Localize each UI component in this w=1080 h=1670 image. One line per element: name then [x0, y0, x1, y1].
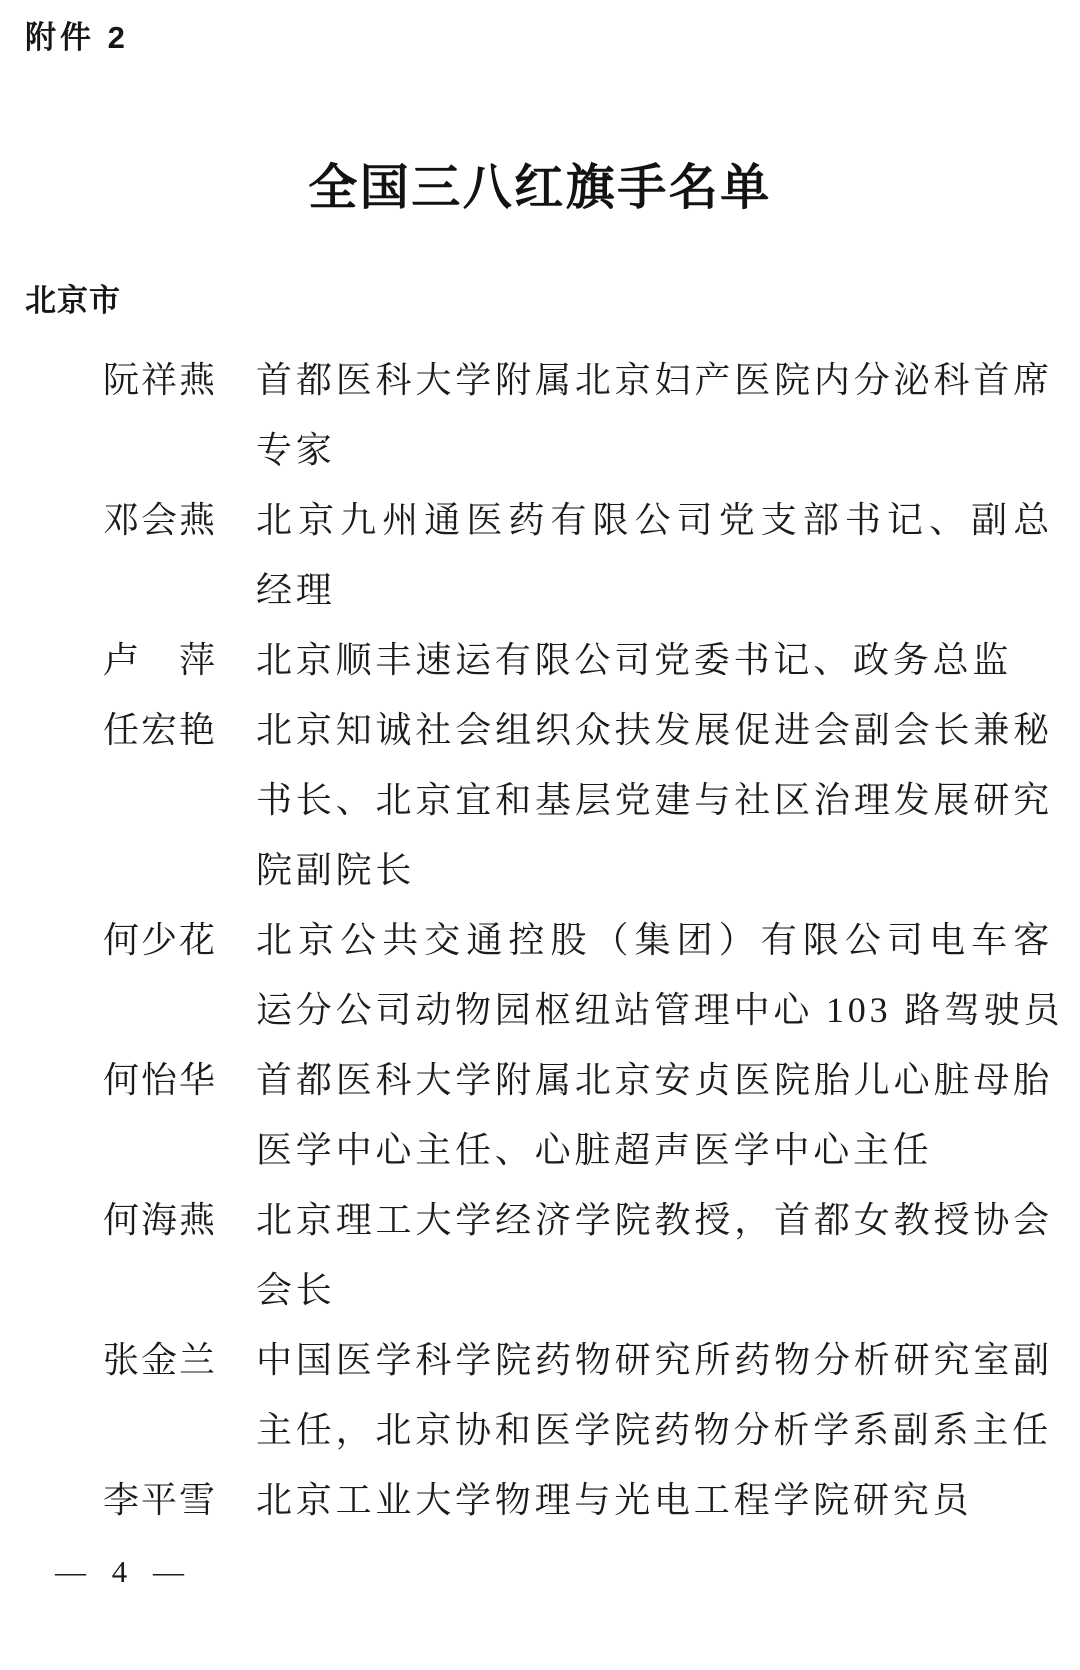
description-line: 会长 [256, 1255, 1053, 1325]
page-title: 全国三八红旗手名单 [0, 155, 1080, 221]
description-line: 首都医科大学附属北京妇产医院内分泌科首席 [256, 345, 1053, 415]
description-line: 首都医科大学附属北京安贞医院胎儿心脏母胎 [256, 1045, 1053, 1115]
description-line: 北京九州通医药有限公司党支部书记、副总 [256, 485, 1053, 555]
description-line: 北京公共交通控股（集团）有限公司电车客 [256, 905, 1053, 975]
honoree-name-char: 李 [103, 1465, 139, 1535]
description-line: 运分公司动物园枢纽站管理中心 103 路驾驶员 [256, 975, 1053, 1045]
description-line: 北京理工大学经济学院教授，首都女教授协会 [256, 1185, 1053, 1255]
attachment-label: 附件 2 [25, 18, 129, 58]
honoree-name-char: 张 [103, 1325, 139, 1395]
list-item: 阮祥燕首都医科大学附属北京妇产医院内分泌科首席专家 [0, 345, 1080, 485]
list-item: 何海燕北京理工大学经济学院教授，首都女教授协会会长 [0, 1185, 1080, 1325]
list-item: 邓会燕北京九州通医药有限公司党支部书记、副总经理 [0, 485, 1080, 625]
honoree-list: 阮祥燕首都医科大学附属北京妇产医院内分泌科首席专家邓会燕北京九州通医药有限公司党… [0, 345, 1080, 1535]
honoree-name-char: 何 [103, 905, 139, 975]
honoree-description: 北京顺丰速运有限公司党委书记、政务总监 [256, 625, 1053, 695]
description-line: 专家 [256, 415, 1053, 485]
honoree-name-char: 华 [179, 1045, 215, 1115]
honoree-name-char: 花 [179, 905, 215, 975]
honoree-name: 李平雪 [103, 1465, 215, 1535]
honoree-name: 邓会燕 [103, 485, 215, 555]
honoree-name-char: 金 [141, 1325, 177, 1395]
honoree-name-char: 何 [103, 1045, 139, 1115]
description-line: 北京工业大学物理与光电工程学院研究员 [256, 1465, 1053, 1535]
page-number: — 4 — [55, 1550, 193, 1594]
document-page: 附件 2 全国三八红旗手名单 北京市 阮祥燕首都医科大学附属北京妇产医院内分泌科… [0, 0, 1080, 1670]
list-item: 任宏艳北京知诚社会组织众扶发展促进会副会长兼秘书长、北京宜和基层党建与社区治理发… [0, 695, 1080, 905]
honoree-name-char: 兰 [179, 1325, 215, 1395]
description-line: 院副院长 [256, 835, 1053, 905]
honoree-name-char: 艳 [179, 695, 215, 765]
description-line: 北京顺丰速运有限公司党委书记、政务总监 [256, 625, 1053, 695]
honoree-description: 首都医科大学附属北京妇产医院内分泌科首席专家 [256, 345, 1053, 485]
honoree-name-char: 宏 [141, 695, 177, 765]
description-line: 北京知诚社会组织众扶发展促进会副会长兼秘 [256, 695, 1053, 765]
list-item: 何少花北京公共交通控股（集团）有限公司电车客运分公司动物园枢纽站管理中心 103… [0, 905, 1080, 1045]
honoree-description: 北京九州通医药有限公司党支部书记、副总经理 [256, 485, 1053, 625]
honoree-name-char: 卢 [103, 625, 139, 695]
honoree-name-char: 燕 [179, 485, 215, 555]
honoree-name: 阮祥燕 [103, 345, 215, 415]
honoree-name: 何少花 [103, 905, 215, 975]
honoree-name: 何怡华 [103, 1045, 215, 1115]
honoree-description: 北京公共交通控股（集团）有限公司电车客运分公司动物园枢纽站管理中心 103 路驾… [256, 905, 1053, 1045]
honoree-name-char: 少 [141, 905, 177, 975]
list-item: 卢萍北京顺丰速运有限公司党委书记、政务总监 [0, 625, 1080, 695]
section-heading-beijing: 北京市 [25, 281, 121, 321]
description-line: 主任，北京协和医学院药物分析学系副系主任 [256, 1395, 1053, 1465]
description-line: 经理 [256, 555, 1053, 625]
honoree-name-char: 任 [103, 695, 139, 765]
description-line: 书长、北京宜和基层党建与社区治理发展研究 [256, 765, 1053, 835]
honoree-description: 首都医科大学附属北京安贞医院胎儿心脏母胎医学中心主任、心脏超声医学中心主任 [256, 1045, 1053, 1185]
description-line: 中国医学科学院药物研究所药物分析研究室副 [256, 1325, 1053, 1395]
honoree-name-char: 怡 [141, 1045, 177, 1115]
honoree-name-char: 何 [103, 1185, 139, 1255]
list-item: 张金兰中国医学科学院药物研究所药物分析研究室副主任，北京协和医学院药物分析学系副… [0, 1325, 1080, 1465]
honoree-name-char: 邓 [103, 485, 139, 555]
list-item: 李平雪北京工业大学物理与光电工程学院研究员 [0, 1465, 1080, 1535]
honoree-description: 北京知诚社会组织众扶发展促进会副会长兼秘书长、北京宜和基层党建与社区治理发展研究… [256, 695, 1053, 905]
honoree-name-char: 雪 [179, 1465, 215, 1535]
honoree-name-char: 海 [141, 1185, 177, 1255]
honoree-name-char: 平 [141, 1465, 177, 1535]
honoree-name-char: 阮 [103, 345, 139, 415]
honoree-name: 张金兰 [103, 1325, 215, 1395]
description-line: 医学中心主任、心脏超声医学中心主任 [256, 1115, 1053, 1185]
honoree-name: 何海燕 [103, 1185, 215, 1255]
honoree-name: 卢萍 [103, 625, 215, 695]
honoree-name-char: 会 [141, 485, 177, 555]
honoree-description: 北京工业大学物理与光电工程学院研究员 [256, 1465, 1053, 1535]
honoree-name-char: 萍 [179, 625, 215, 695]
honoree-description: 中国医学科学院药物研究所药物分析研究室副主任，北京协和医学院药物分析学系副系主任 [256, 1325, 1053, 1465]
honoree-name-char: 燕 [179, 345, 215, 415]
list-item: 何怡华首都医科大学附属北京安贞医院胎儿心脏母胎医学中心主任、心脏超声医学中心主任 [0, 1045, 1080, 1185]
honoree-name: 任宏艳 [103, 695, 215, 765]
honoree-name-char: 祥 [141, 345, 177, 415]
honoree-description: 北京理工大学经济学院教授，首都女教授协会会长 [256, 1185, 1053, 1325]
honoree-name-char: 燕 [179, 1185, 215, 1255]
